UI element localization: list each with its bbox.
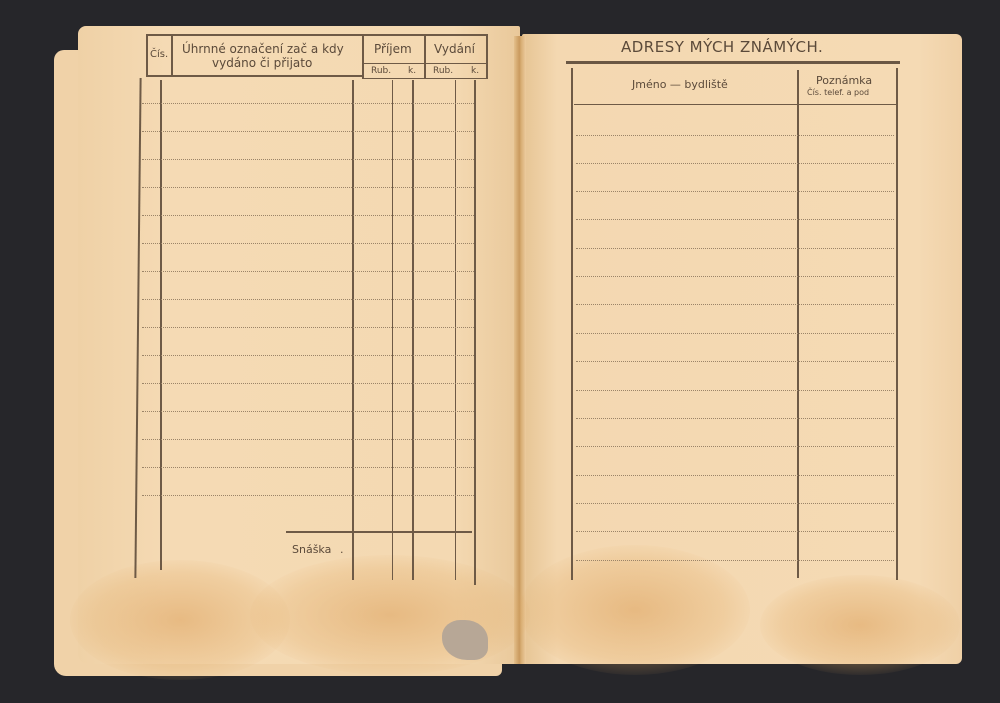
col-header-income-rub: Rub.: [371, 66, 391, 76]
page-title: ADRESY MÝCH ZNÁMÝCH.: [621, 38, 823, 56]
ledger-row-line: [142, 299, 474, 300]
col-header-expense-rub: Rub.: [433, 66, 453, 76]
ledger-row-line: [142, 495, 474, 496]
address-header-rule: [574, 104, 896, 105]
address-row-line: [576, 418, 894, 419]
col-header-expense: Vydání: [434, 42, 475, 56]
ledger-row-line: [142, 355, 474, 356]
address-row-line: [576, 304, 894, 305]
address-right-rule: [896, 68, 898, 580]
col-header-income-k: k.: [408, 66, 416, 76]
col-header-income: Příjem: [374, 42, 412, 56]
ledger-row-line: [142, 467, 474, 468]
address-row-line: [576, 446, 894, 447]
ledger-col-rule: [455, 80, 456, 580]
address-row-line: [576, 333, 894, 334]
address-row-line: [576, 531, 894, 532]
title-underline: [566, 61, 900, 64]
col-header-name: Jméno — bydliště: [632, 78, 728, 91]
ledger-row-line: [142, 187, 474, 188]
ledger-col-rule: [412, 80, 414, 580]
ledger-col-rule: [424, 34, 426, 78]
address-row-line: [576, 390, 894, 391]
address-row-line: [576, 361, 894, 362]
ledger-col-rule: [486, 34, 488, 78]
address-row-line: [576, 191, 894, 192]
ledger-row-line: [142, 383, 474, 384]
ledger-col-rule: [362, 34, 364, 78]
ledger-row-line: [142, 131, 474, 132]
water-stain: [250, 555, 530, 675]
ledger-left-rule: [146, 34, 148, 76]
address-row-line: [576, 475, 894, 476]
address-row-line: [576, 560, 894, 561]
ledger-col-rule: [160, 80, 162, 570]
address-row-line: [576, 248, 894, 249]
ledger-row-line: [142, 159, 474, 160]
ledger-row-line: [142, 327, 474, 328]
ledger-row-line: [142, 243, 474, 244]
col-header-description-line1: Úhrnné označení zač a kdy: [182, 42, 344, 56]
ledger-subheader-rule: [362, 63, 488, 64]
ledger-row-line: [142, 103, 474, 104]
ledger-header-bottom-rule: [146, 75, 364, 77]
ledger-total-dot: .: [340, 543, 344, 556]
water-stain: [760, 575, 960, 675]
ledger-total-label: Snáška: [292, 543, 331, 556]
address-row-line: [576, 219, 894, 220]
address-left-rule: [571, 68, 573, 580]
ledger-col-rule: [474, 80, 476, 585]
ledger-row-line: [142, 439, 474, 440]
col-header-description-line2: vydáno či přijato: [212, 56, 312, 70]
water-stain: [520, 545, 750, 675]
address-row-line: [576, 276, 894, 277]
ledger-row-line: [142, 411, 474, 412]
address-col-rule: [797, 70, 799, 578]
book-spine-gutter: [514, 36, 526, 664]
col-header-note: Poznámka: [816, 74, 872, 87]
ledger-subheader-bottom-rule: [362, 78, 488, 79]
col-header-number: Čís.: [150, 49, 168, 60]
col-header-note-sub: Čís. telef. a pod: [807, 88, 869, 97]
address-row-line: [576, 503, 894, 504]
address-row-line: [576, 163, 894, 164]
ledger-row-line: [142, 271, 474, 272]
ledger-row-line: [142, 215, 474, 216]
ledger-total-rule: [286, 531, 472, 533]
col-header-expense-k: k.: [471, 66, 479, 76]
ledger-col-rule: [171, 34, 173, 76]
address-row-line: [576, 135, 894, 136]
ledger-col-rule: [392, 80, 393, 580]
ledger-top-rule: [146, 34, 488, 36]
ledger-col-rule: [352, 80, 354, 580]
